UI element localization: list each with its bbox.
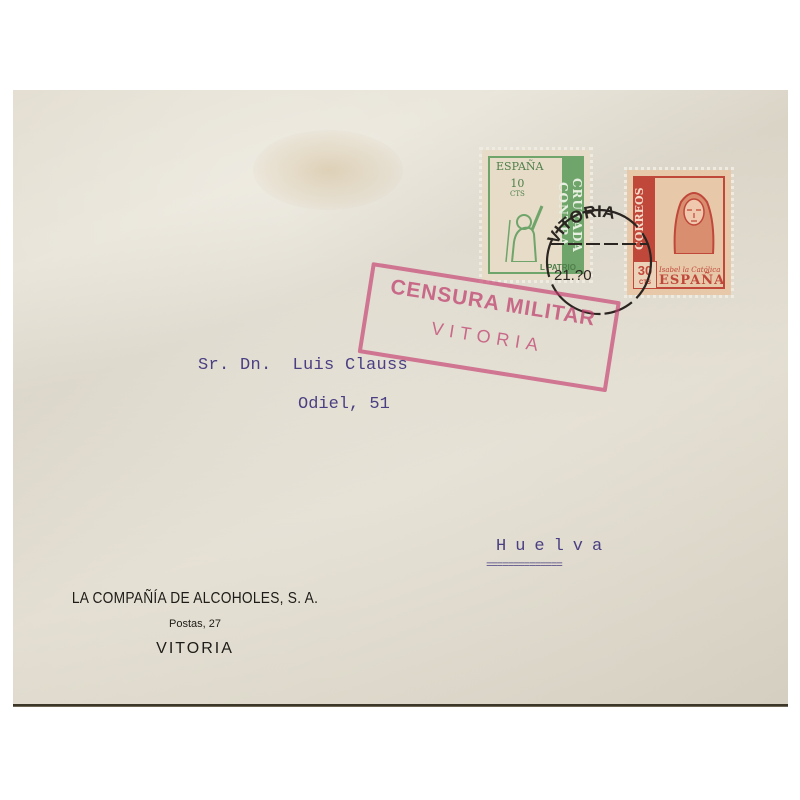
recipient-city: Huelva bbox=[496, 537, 611, 556]
paper-stain bbox=[253, 130, 403, 210]
sender-street: Postas, 27 bbox=[40, 618, 350, 630]
sender-company: LA COMPAÑÍA DE ALCOHOLES, S. A. bbox=[62, 590, 329, 608]
postmark-date: 21.?0 bbox=[554, 267, 592, 284]
stamp-value-unit: CTS bbox=[510, 189, 525, 200]
stamp-country: ESPAÑA bbox=[496, 160, 543, 173]
recipient-name: Sr. Dn. Luis Clauss bbox=[198, 356, 408, 375]
stamp-country: ESPAÑA bbox=[659, 273, 725, 288]
svg-text:VITORIA: VITORIA bbox=[544, 202, 617, 247]
postmark-city: VITORIA bbox=[544, 202, 617, 247]
recipient-city-underline: ============== bbox=[486, 560, 562, 572]
sender-town: VITORIA bbox=[40, 640, 350, 658]
stamp-value: 10 CTS bbox=[510, 178, 525, 200]
recipient-street: Odiel, 51 bbox=[298, 395, 390, 414]
sender-block: LA COMPAÑÍA DE ALCOHOLES, S. A. Postas, … bbox=[40, 590, 350, 658]
queen-portrait-icon bbox=[667, 182, 721, 254]
